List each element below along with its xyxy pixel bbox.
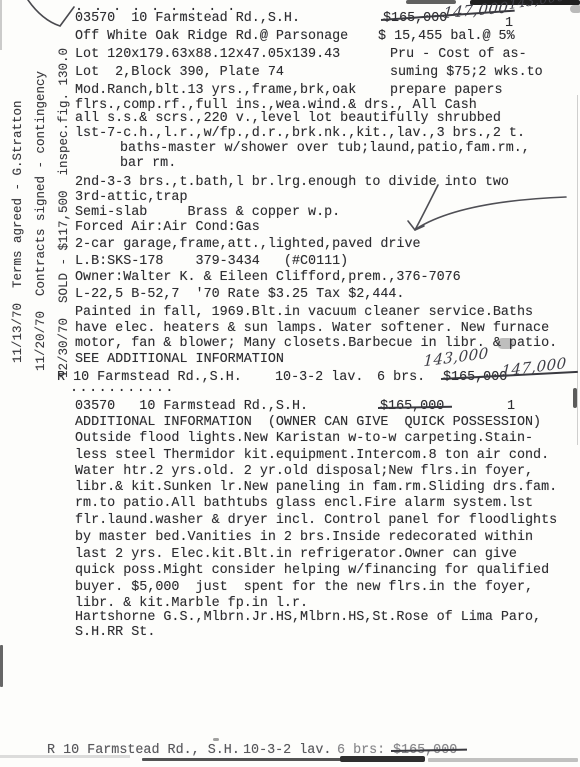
- typed-line: suming $75;2 wks.to: [390, 66, 543, 80]
- scan-artifact: [573, 388, 577, 408]
- margin-note: 11/20/70 Contracts signed - contingency: [34, 71, 48, 371]
- typed-line: Lot 2,Block 390, Plate 74: [75, 66, 284, 80]
- typed-line: L.B:SKS-178 379-3434 (#C0111): [75, 255, 348, 269]
- typed-line: ADDITIONAL INFORMATION (OWNER CAN GIVE Q…: [75, 416, 541, 430]
- typed-line: 2nd-3-3 brs.,t.bath,l br.lrg.enough to d…: [75, 176, 509, 190]
- typed-line: Water htr.2 yrs.old. 2 yr.old disposal;N…: [75, 465, 533, 479]
- typed-line: prepare papers: [390, 84, 503, 98]
- typed-line: 03570 10 Farmstead Rd.,S.H.: [75, 12, 300, 26]
- handwritten-note: 143,000: [509, 0, 566, 13]
- typed-line: by master bed.Vanities in 2 brs.Inside r…: [75, 531, 533, 545]
- typed-line: quick poss.Might consider helping w/fina…: [75, 564, 549, 578]
- margin-note: 11/13/70 Terms agreed - G.Stratton: [11, 100, 25, 363]
- margin-note: 12/30/70 SOLD - $117,500 inspec.fig. 130…: [57, 48, 71, 378]
- typed-line: bar rm.: [120, 157, 176, 171]
- typed-line: less steel Thermidor kit.equipment.Inter…: [75, 449, 549, 463]
- typed-line: all s.s.& scrs.,220 v.,level lot beautif…: [75, 112, 501, 126]
- typed-line: buyer. $5,000 just spent for the new flr…: [75, 581, 533, 595]
- typed-line: 3rd-attic,trap: [75, 191, 188, 205]
- typed-line: ...........: [70, 382, 175, 396]
- typed-line: Hartshorne G.S.,Mlbrn.Jr.HS,Mlbrn.HS,St.…: [75, 611, 541, 625]
- typed-line: 6 brs:: [337, 744, 385, 758]
- typed-line: Outside flood lights.New Karistan w-to-w…: [75, 432, 533, 446]
- handwritten-check-mark-top-left-icon: [20, 0, 80, 32]
- typed-line: lst-7-c.h.,l.r.,w/fp.,d.r.,brk.nk.,kit.,…: [75, 127, 525, 141]
- typed-line: 1: [507, 400, 515, 414]
- typed-line: Pru - Cost of as-: [390, 48, 527, 62]
- typed-line: 10-3-2 lav.: [275, 371, 363, 385]
- typed-line: Painted in fall, 1969.Blt.in vacuum clea…: [75, 306, 533, 320]
- typed-line: rm.to patio.All bathtubs glass encl.Fire…: [75, 497, 533, 511]
- scan-artifact: [0, 645, 3, 687]
- handwritten-note: 147,000: [442, 0, 509, 22]
- scan-artifact: [213, 738, 219, 741]
- typed-line: Mod.Ranch,blt.13 yrs.,frame,brk,oak: [75, 84, 356, 98]
- scan-artifact: [570, 5, 580, 13]
- typed-line: Off White Oak Ridge Rd.@ Parsonage: [75, 30, 348, 44]
- typed-line: libr.& kit.Sunken lr.New paneling in fam…: [75, 481, 557, 495]
- typed-line: libr. & kit.Marble fp.in l.r.: [75, 597, 308, 611]
- typed-line: SEE ADDITIONAL INFORMATION: [75, 353, 284, 367]
- typed-line: have elec. heaters & sun lamps. Water so…: [75, 322, 549, 336]
- typed-line: 10-3-2 lav.: [243, 744, 331, 758]
- typed-line: baths-master w/shower over tub;laund,pat…: [120, 142, 530, 156]
- typed-line: R 10 Farmstead Rd., S.H.: [47, 744, 240, 758]
- typed-line: 6 brs.: [377, 371, 425, 385]
- scanned-listing-card: .........03570 10 Farmstead Rd.,S.H.$165…: [0, 0, 580, 767]
- typed-line: Lot 120x179.63x88.12x47.05x139.43: [75, 48, 340, 62]
- typed-line: L-22,5 B-52,7 '70 Rate $3.25 Tax $2,444.: [75, 288, 404, 302]
- scan-artifact: [577, 95, 578, 445]
- scan-artifact: [0, 0, 2, 50]
- typed-line: Semi-slab Brass & copper w.p.: [75, 206, 340, 220]
- typed-line: S.H.RR St.: [75, 626, 155, 640]
- typed-line: 03570 10 Farmstead Rd.,S.H.: [75, 400, 308, 414]
- scan-artifact: [142, 758, 342, 761]
- typed-line: Forced Air:Air Cond:Gas: [75, 221, 260, 235]
- typed-line: $ 15,455 bal.@ 5%: [378, 30, 515, 44]
- typed-line: flr.laund.washer & dryer incl. Control p…: [75, 514, 557, 528]
- typed-line: 2-car garage,frame,att.,lighted,paved dr…: [75, 238, 421, 252]
- typed-line: last 2 yrs. Elec.kit.Blt.in refrigerator…: [75, 548, 517, 562]
- scan-artifact: [428, 758, 578, 762]
- typed-line: Owner:Walter K. & Eileen Clifford,prem.,…: [75, 271, 461, 285]
- handwritten-note: 147,000: [501, 354, 567, 380]
